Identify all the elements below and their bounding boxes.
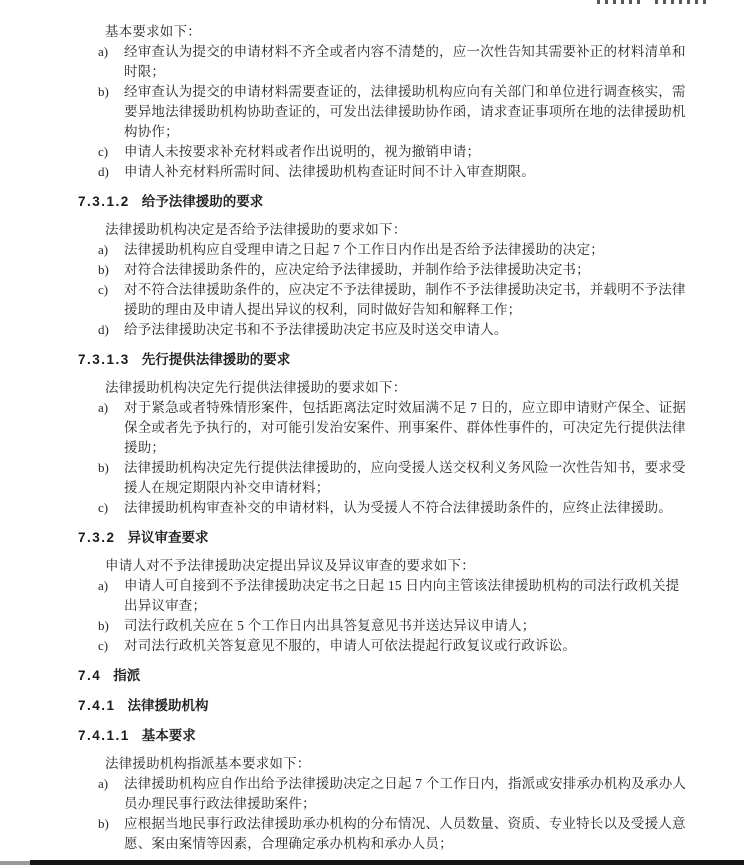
paragraph: 法律援助机构指派基本要求如下： <box>105 754 704 774</box>
list-item: a)对于紧急或者特殊情形案件，包括距离法定时效届满不足 7 日的，应立即申请财产… <box>98 398 704 458</box>
ordered-letter-list: a)法律援助机构应自受理申请之日起 7 个工作日内作出是否给予法律援助的决定；b… <box>98 240 704 340</box>
list-item-label: c) <box>98 498 124 518</box>
list-item-line: 出异议审查； <box>124 596 704 616</box>
paragraph: 法律援助机构决定先行提供法律援助的要求如下： <box>105 378 704 398</box>
list-item-text: 给予法律援助决定书和不予法律援助决定书应及时送交申请人。 <box>124 320 704 340</box>
list-item: d)给予法律援助决定书和不予法律援助决定书应及时送交申请人。 <box>98 320 704 340</box>
ordered-letter-list: a)法律援助机构应自作出给予法律援助决定之日起 7 个工作日内，指派或安排承办机… <box>98 774 704 854</box>
list-item: a)法律援助机构应自作出给予法律援助决定之日起 7 个工作日内，指派或安排承办机… <box>98 774 704 814</box>
document-content: 基本要求如下：a)经审查认为提交的申请材料不齐全或者内容不清楚的，应一次性告知其… <box>0 0 744 854</box>
list-item-line: 对不符合法律援助条件的，应决定不予法律援助，制作不予法律援助决定书，并载明不予法… <box>124 280 704 300</box>
list-item-line: 法律援助机构应自作出给予法律援助决定之日起 7 个工作日内，指派或安排承办机构及… <box>124 774 704 794</box>
section-number: 7.3.2 <box>78 530 116 545</box>
scan-edge-gray-segment <box>0 861 30 865</box>
section-title: 指派 <box>113 668 140 683</box>
ordered-letter-list: a)申请人可自接到不予法律援助决定书之日起 15 日内向主管该法律援助机构的司法… <box>98 576 704 656</box>
list-item-line: 申请人补充材料所需时间、法律援助机构查证时间不计入审查期限。 <box>124 162 704 182</box>
list-item-line: 应根据当地民事行政法律援助承办机构的分布情况、人员数量、资质、专业特长以及受援人… <box>124 814 704 834</box>
list-item-line: 愿、案由案情等因素，合理确定承办机构和承办人员； <box>124 834 704 854</box>
list-item-text: 对不符合法律援助条件的，应决定不予法律援助，制作不予法律援助决定书，并载明不予法… <box>124 280 704 320</box>
list-item: b)法律援助机构决定先行提供法律援助的，应向受援人送交权利义务风险一次性告知书，… <box>98 458 704 498</box>
list-item-line: 构协作； <box>124 122 704 142</box>
list-item-label: a) <box>98 774 124 794</box>
list-item: b)应根据当地民事行政法律援助承办机构的分布情况、人员数量、资质、专业特长以及受… <box>98 814 704 854</box>
list-item-label: c) <box>98 280 124 300</box>
section-number: 7.4 <box>78 668 101 683</box>
list-item-line: 给予法律援助决定书和不予法律援助决定书应及时送交申请人。 <box>124 320 704 340</box>
list-item: a)法律援助机构应自受理申请之日起 7 个工作日内作出是否给予法律援助的决定； <box>98 240 704 260</box>
list-item-text: 申请人补充材料所需时间、法律援助机构查证时间不计入审查期限。 <box>124 162 704 182</box>
section-number: 7.4.1.1 <box>78 728 130 743</box>
list-item-line: 对司法行政机关答复意见不服的，申请人可依法提起行政复议或行政诉讼。 <box>124 636 704 656</box>
list-item-text: 对符合法律援助条件的，应决定给予法律援助，并制作给予法律援助决定书； <box>124 260 704 280</box>
list-item-line: 申请人未按要求补充材料或者作出说明的，视为撤销申请； <box>124 142 704 162</box>
section-title: 给予法律援助的要求 <box>142 194 264 209</box>
list-item: d)申请人补充材料所需时间、法律援助机构查证时间不计入审查期限。 <box>98 162 704 182</box>
list-item-text: 对于紧急或者特殊情形案件，包括距离法定时效届满不足 7 日的，应立即申请财产保全… <box>124 398 704 458</box>
list-item-line: 经审查认为提交的申请材料不齐全或者内容不清楚的，应一次性告知其需要补正的材料清单… <box>124 42 704 62</box>
section-title: 先行提供法律援助的要求 <box>142 352 291 367</box>
list-item-label: a) <box>98 42 124 62</box>
paragraph-line: 法律援助机构指派基本要求如下： <box>105 754 704 774</box>
list-item-line: 要异地法律援助机构协助查证的，可发出法律援助协作函，请求查证事项所在地的法律援助… <box>124 102 704 122</box>
list-item-line: 司法行政机关应在 5 个工作日内出具答复意见书并送达异议申请人； <box>124 616 704 636</box>
list-item-text: 法律援助机构决定先行提供法律援助的，应向受援人送交权利义务风险一次性告知书，要求… <box>124 458 704 498</box>
list-item-text: 申请人未按要求补充材料或者作出说明的，视为撤销申请； <box>124 142 704 162</box>
list-item-label: a) <box>98 240 124 260</box>
list-item: c)法律援助机构审查补交的申请材料，认为受援人不符合法律援助条件的，应终止法律援… <box>98 498 704 518</box>
list-item-label: b) <box>98 260 124 280</box>
list-item-label: b) <box>98 458 124 478</box>
list-item-text: 法律援助机构审查补交的申请材料，认为受援人不符合法律援助条件的，应终止法律援助。 <box>124 498 704 518</box>
section-title: 基本要求 <box>142 728 196 743</box>
list-item-label: c) <box>98 636 124 656</box>
paragraph: 基本要求如下： <box>105 22 704 42</box>
list-item-line: 援人在规定期限内补交申请材料； <box>124 478 704 498</box>
list-item: a)经审查认为提交的申请材料不齐全或者内容不清楚的，应一次性告知其需要补正的材料… <box>98 42 704 82</box>
list-item-label: b) <box>98 814 124 834</box>
list-item-text: 应根据当地民事行政法律援助承办机构的分布情况、人员数量、资质、专业特长以及受援人… <box>124 814 704 854</box>
ordered-letter-list: a)经审查认为提交的申请材料不齐全或者内容不清楚的，应一次性告知其需要补正的材料… <box>98 42 704 182</box>
list-item-line: 保全或者先予执行的，对可能引发治安案件、刑事案件、群体性事件的，可决定先行提供法… <box>124 418 704 438</box>
list-item-label: a) <box>98 576 124 596</box>
section-number: 7.3.1.2 <box>78 194 130 209</box>
list-item-label: b) <box>98 616 124 636</box>
list-item: b)对符合法律援助条件的，应决定给予法律援助，并制作给予法律援助决定书； <box>98 260 704 280</box>
list-item-label: b) <box>98 82 124 102</box>
list-item-text: 经审查认为提交的申请材料不齐全或者内容不清楚的，应一次性告知其需要补正的材料清单… <box>124 42 704 82</box>
section-heading: 7.3.2异议审查要求 <box>78 528 704 548</box>
paragraph-line: 申请人对不予法律援助决定提出异议及异议审查的要求如下： <box>105 556 704 576</box>
list-item-line: 申请人可自接到不予法律援助决定书之日起 15 日内向主管该法律援助机构的司法行政… <box>124 576 704 596</box>
list-item-text: 申请人可自接到不予法律援助决定书之日起 15 日内向主管该法律援助机构的司法行政… <box>124 576 704 616</box>
section-title: 法律援助机构 <box>128 698 209 713</box>
ordered-letter-list: a)对于紧急或者特殊情形案件，包括距离法定时效届满不足 7 日的，应立即申请财产… <box>98 398 704 518</box>
paragraph-line: 基本要求如下： <box>105 22 704 42</box>
list-item: c)对不符合法律援助条件的，应决定不予法律援助，制作不予法律援助决定书，并载明不… <box>98 280 704 320</box>
list-item-label: d) <box>98 320 124 340</box>
section-heading: 7.4.1法律援助机构 <box>78 696 704 716</box>
list-item: b)司法行政机关应在 5 个工作日内出具答复意见书并送达异议申请人； <box>98 616 704 636</box>
list-item-text: 经审查认为提交的申请材料需要查证的，法律援助机构应向有关部门和单位进行调查核实，… <box>124 82 704 142</box>
section-heading: 7.4.1.1基本要求 <box>78 726 704 746</box>
list-item: b)经审查认为提交的申请材料需要查证的，法律援助机构应向有关部门和单位进行调查核… <box>98 82 704 142</box>
list-item-line: 时限； <box>124 62 704 82</box>
section-heading: 7.3.1.2给予法律援助的要求 <box>78 192 704 212</box>
list-item-label: d) <box>98 162 124 182</box>
list-item-text: 司法行政机关应在 5 个工作日内出具答复意见书并送达异议申请人； <box>124 616 704 636</box>
list-item-line: 援助； <box>124 438 704 458</box>
list-item: a)申请人可自接到不予法律援助决定书之日起 15 日内向主管该法律援助机构的司法… <box>98 576 704 616</box>
list-item-line: 经审查认为提交的申请材料需要查证的，法律援助机构应向有关部门和单位进行调查核实，… <box>124 82 704 102</box>
list-item-text: 法律援助机构应自作出给予法律援助决定之日起 7 个工作日内，指派或安排承办机构及… <box>124 774 704 814</box>
list-item-line: 对符合法律援助条件的，应决定给予法律援助，并制作给予法律援助决定书； <box>124 260 704 280</box>
paragraph-line: 法律援助机构决定是否给予法律援助的要求如下： <box>105 220 704 240</box>
paragraph-line: 法律援助机构决定先行提供法律援助的要求如下： <box>105 378 704 398</box>
section-number: 7.3.1.3 <box>78 352 130 367</box>
list-item: c)对司法行政机关答复意见不服的，申请人可依法提起行政复议或行政诉讼。 <box>98 636 704 656</box>
scan-edge-dark-segment <box>30 860 744 865</box>
list-item-label: a) <box>98 398 124 418</box>
section-heading: 7.4指派 <box>78 666 704 686</box>
paragraph: 申请人对不予法律援助决定提出异议及异议审查的要求如下： <box>105 556 704 576</box>
list-item-label: c) <box>98 142 124 162</box>
list-item-line: 援助的理由及申请人提出异议的权利，同时做好告知和解释工作； <box>124 300 704 320</box>
paragraph: 法律援助机构决定是否给予法律援助的要求如下： <box>105 220 704 240</box>
section-heading: 7.3.1.3先行提供法律援助的要求 <box>78 350 704 370</box>
list-item-line: 法律援助机构应自受理申请之日起 7 个工作日内作出是否给予法律援助的决定； <box>124 240 704 260</box>
list-item-line: 员办理民事行政法律援助案件； <box>124 794 704 814</box>
list-item-text: 对司法行政机关答复意见不服的，申请人可依法提起行政复议或行政诉讼。 <box>124 636 704 656</box>
list-item-line: 对于紧急或者特殊情形案件，包括距离法定时效届满不足 7 日的，应立即申请财产保全… <box>124 398 704 418</box>
section-title: 异议审查要求 <box>128 530 209 545</box>
list-item-line: 法律援助机构决定先行提供法律援助的，应向受援人送交权利义务风险一次性告知书，要求… <box>124 458 704 478</box>
scan-edge-artifact <box>0 860 744 866</box>
list-item-line: 法律援助机构审查补交的申请材料，认为受援人不符合法律援助条件的，应终止法律援助。 <box>124 498 704 518</box>
document-page: 基本要求如下：a)经审查认为提交的申请材料不齐全或者内容不清楚的，应一次性告知其… <box>0 0 744 868</box>
section-number: 7.4.1 <box>78 698 116 713</box>
list-item-text: 法律援助机构应自受理申请之日起 7 个工作日内作出是否给予法律援助的决定； <box>124 240 704 260</box>
list-item: c)申请人未按要求补充材料或者作出说明的，视为撤销申请； <box>98 142 704 162</box>
